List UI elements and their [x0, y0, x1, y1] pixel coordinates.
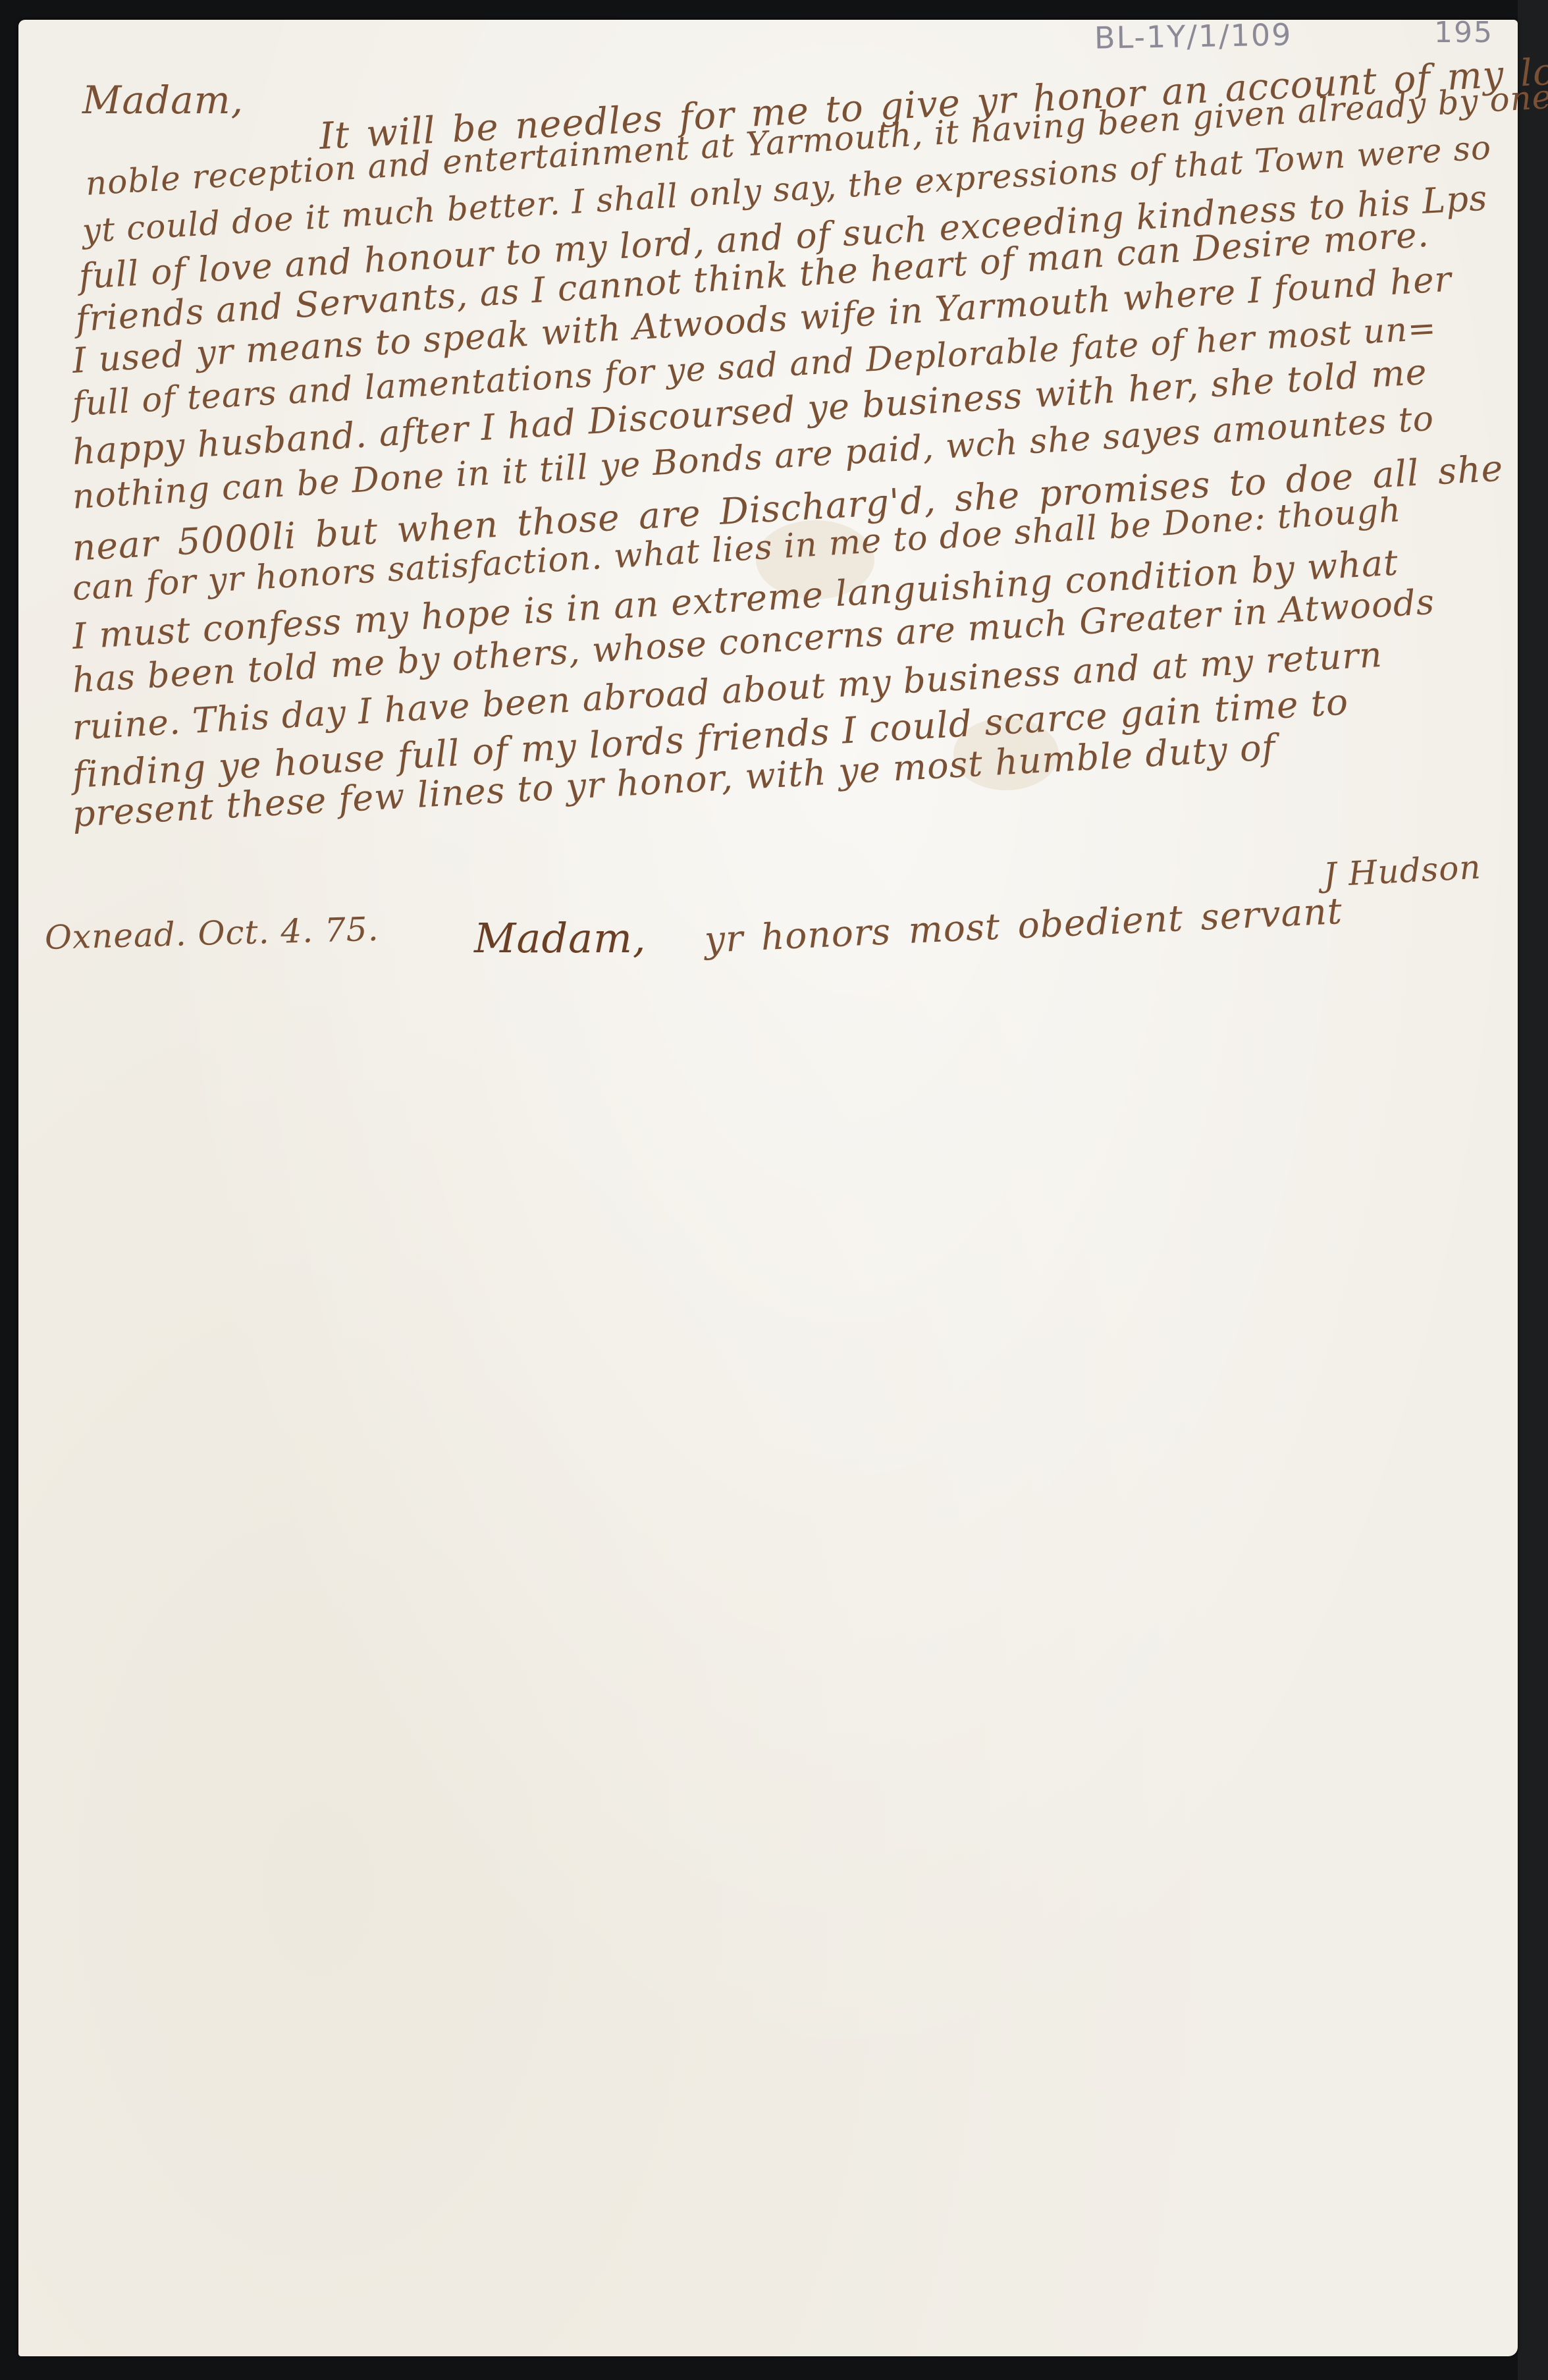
archive-reference: BL-1Y/1/109 [1094, 16, 1293, 55]
salutation: Madam, [82, 78, 244, 122]
closing-salutation: Madam, [474, 914, 647, 962]
scanner-background [1518, 0, 1548, 2380]
folio-number: 195 [1434, 16, 1493, 49]
